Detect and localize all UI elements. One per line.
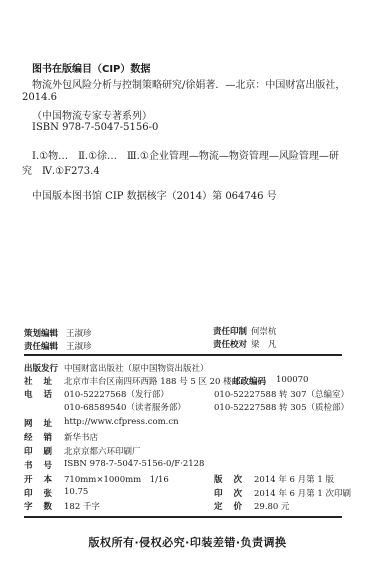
phone-sales: 010-52227568（发行部） xyxy=(64,388,169,400)
staff-planning-editor: 策划编辑 王淑珍 xyxy=(24,327,92,339)
words-value: 182 千字 xyxy=(64,500,100,512)
address-value: 北京市丰台区南四环西路 188 号 5 区 20 楼 xyxy=(64,375,232,387)
proofreader-value: 梁 凡 xyxy=(251,338,277,350)
sheets-label: 印张 xyxy=(24,487,52,499)
website-label: 网址 xyxy=(24,417,52,429)
cip-heading: 图书在版编目（CIP）数据 xyxy=(32,60,150,75)
impression-value: 2014 年 6 月第 1 次印刷 xyxy=(254,487,351,499)
cip-title-line: 物流外包风险分析与控制策略研究/徐娟著．—北京：中国财富出版社， xyxy=(32,76,345,91)
price-label: 定价 xyxy=(214,500,242,512)
staff-print-supervisor: 责任印制 何崇杭 xyxy=(213,325,277,337)
price-value: 29.80 元 xyxy=(254,500,290,512)
sheets-value: 10.75 xyxy=(64,487,88,499)
print-supervisor-value: 何崇杭 xyxy=(251,325,277,337)
cip-subject-line-1: Ⅰ.①物… Ⅱ.①徐… Ⅲ.①企业管理—物流—物资管理—风险管理—研 xyxy=(32,147,339,162)
publisher-label: 出版发行 xyxy=(24,362,64,374)
copyright-notice: 版权所有·侵权必究·印装差错·负责调换 xyxy=(0,534,375,550)
words-row: 字数 182 千字 xyxy=(24,500,100,512)
book-number-label: 书号 xyxy=(24,459,52,471)
phone-label: 电话 xyxy=(24,388,52,400)
cip-series: （中国物流专家专著系列） xyxy=(32,107,152,122)
impression-row: 印次 2014 年 6 月第 1 次印刷 xyxy=(214,487,351,499)
postcode-value: 100070 xyxy=(276,375,308,387)
distributor-row: 经销 新华书店 xyxy=(24,431,98,443)
publisher-row: 出版发行 中国财富出版社（原中国物资出版社） xyxy=(24,362,209,374)
staff-responsible-editor: 责任编辑 王淑珍 xyxy=(24,340,92,352)
format-label: 开本 xyxy=(24,473,52,485)
book-number-row: 书号 ISBN 978-7-5047-5156-0/F·2128 xyxy=(24,459,204,471)
edition-value: 2014 年 6 月第 1 版 xyxy=(254,473,334,485)
sheets-row: 印张 10.75 xyxy=(24,487,88,499)
address-label: 社址 xyxy=(24,375,52,387)
print-supervisor-label: 责任印制 xyxy=(213,325,253,337)
book-number-value: ISBN 978-7-5047-5156-0/F·2128 xyxy=(64,459,204,471)
top-divider xyxy=(24,354,342,356)
impression-label: 印次 xyxy=(214,487,242,499)
distributor-value: 新华书店 xyxy=(64,431,98,443)
edition-row: 版次 2014 年 6 月第 1 版 xyxy=(214,473,334,485)
planning-editor-label: 策划编辑 xyxy=(24,327,64,339)
edition-label: 版次 xyxy=(214,473,242,485)
bottom-divider xyxy=(24,516,342,518)
printer-label: 印刷 xyxy=(24,445,52,457)
cip-check-number: 中国版本图书馆 CIP 数据核字（2014）第 064746 号 xyxy=(32,187,277,202)
format-row: 开本 710mm×1000mm 1/16 xyxy=(24,473,169,485)
words-label: 字数 xyxy=(24,500,52,512)
cip-subject-line-2: 究 Ⅳ.①F273.4 xyxy=(22,162,100,177)
planning-editor-value: 王淑珍 xyxy=(66,327,92,339)
distributor-label: 经销 xyxy=(24,431,52,443)
responsible-editor-label: 责任编辑 xyxy=(24,340,64,352)
format-value: 710mm×1000mm 1/16 xyxy=(64,473,169,485)
phone-quality-dept: 010-52227588 转 305（质检部） xyxy=(214,401,349,413)
responsible-editor-value: 王淑珍 xyxy=(66,340,92,352)
printer-value: 北京京都六环印刷厂 xyxy=(64,445,141,457)
phone-row: 电话 010-52227568（发行部） xyxy=(24,388,169,400)
website-link[interactable]: http://www.cfpress.com.cn xyxy=(64,417,179,429)
proofreader-label: 责任校对 xyxy=(213,338,253,350)
website-row: 网址 http://www.cfpress.com.cn xyxy=(24,417,179,429)
printer-row: 印刷 北京京都六环印刷厂 xyxy=(24,445,141,457)
address-row: 社址 北京市丰台区南四环西路 188 号 5 区 20 楼 xyxy=(24,375,232,387)
price-row: 定价 29.80 元 xyxy=(214,500,290,512)
postcode-row: 邮政编码 100070 xyxy=(232,375,308,387)
publisher-value: 中国财富出版社（原中国物资出版社） xyxy=(64,362,209,374)
cip-date-line: 2014.6 xyxy=(22,92,57,103)
cip-isbn: ISBN 978-7-5047-5156-0 xyxy=(32,122,158,133)
phone-reader-service: 010-68589540（读者服务部） xyxy=(64,401,186,413)
phone-editorial-office: 010-52227588 转 307（总编室） xyxy=(214,388,349,400)
staff-proofreader: 责任校对 梁 凡 xyxy=(213,338,277,350)
postcode-label: 邮政编码 xyxy=(232,375,276,387)
